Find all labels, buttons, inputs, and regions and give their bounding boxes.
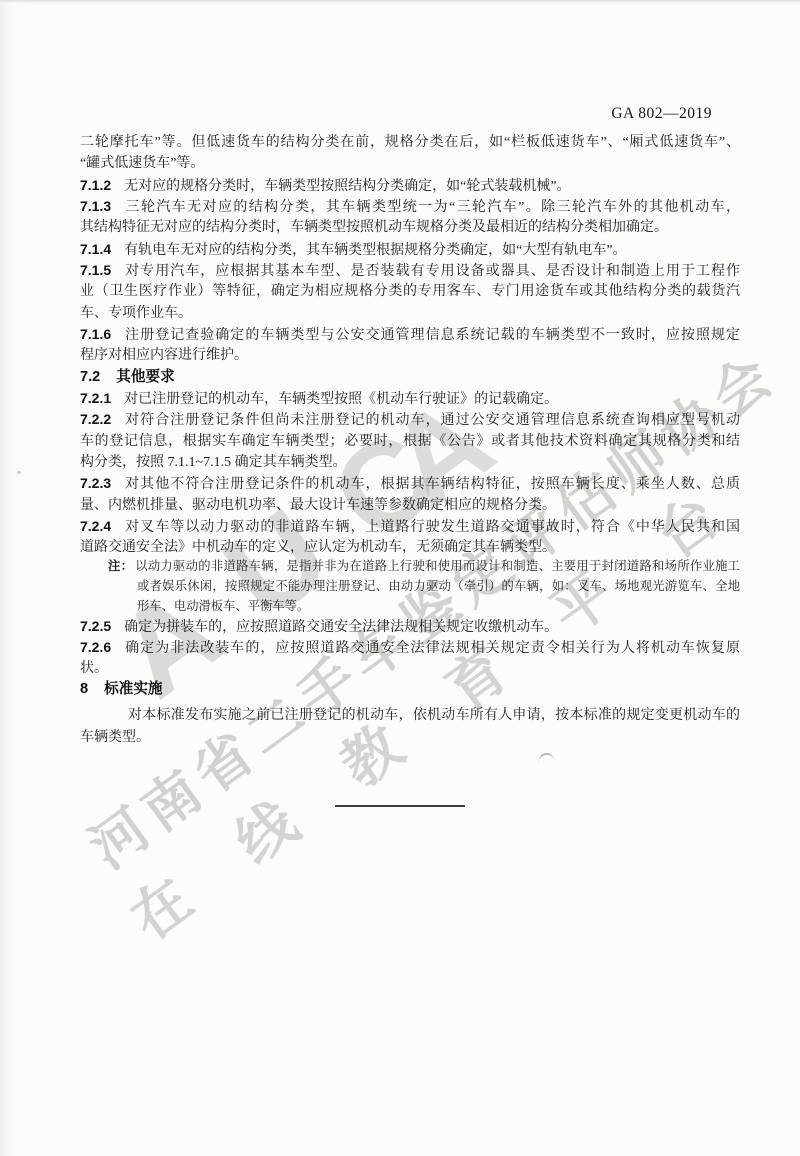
- line-text: 道路交通安全法》中机动车的定义，应认定为机动车，无须确定其车辆类型。: [80, 540, 556, 555]
- text-line: 状。: [80, 659, 740, 678]
- text-line: 7.1.3三轮汽车无对应的结构分类，其车辆类型统一为“三轮汽车”。除三轮汽车外的…: [80, 197, 740, 217]
- section-heading: 8标准实施: [80, 680, 740, 699]
- text-line: 7.2.2对符合注册登记条件但尚未注册登记的机动车，通过公安交通管理信息系统查询…: [80, 410, 740, 430]
- line-text: 对符合注册登记条件但尚未注册登记的机动车，通过公安交通管理信息系统查询相应型号机…: [124, 413, 740, 428]
- clause-number: 7.2.5: [80, 618, 111, 634]
- text-line: 7.2.1对已注册登记的机动车，车辆类型按照《机动车行驶证》的记载确定。: [80, 389, 740, 409]
- line-text: “罐式低速货车”等。: [80, 156, 204, 171]
- clause-number: 7.1.4: [80, 241, 111, 257]
- line-text: 构分类，按照 7.1.1~7.1.5 确定其车辆类型。: [80, 455, 347, 470]
- text-line: “罐式低速货车”等。: [80, 154, 740, 173]
- document-page: 河南省二手车鉴定评估师协会 在线教育平台 AUC A GA 802—2019 二…: [0, 0, 800, 1156]
- text-line: 程序对相应内容进行维护。: [80, 346, 740, 365]
- text-line: 7.2.6确定为非法改装车的，应按照道路交通安全法律法规相关规定责令相关行为人将…: [80, 638, 740, 658]
- text-line: 7.1.4有轨电车无对应的结构分类，其车辆类型根据规格分类确定，如“大型有轨电车…: [80, 240, 740, 260]
- clause-number: 7.2.6: [80, 639, 111, 655]
- clause-number: 7.1.5: [80, 262, 111, 278]
- line-text: 对已注册登记的机动车，车辆类型按照《机动车行驶证》的记载确定。: [124, 392, 558, 407]
- clause-number: 注：: [108, 559, 133, 573]
- text-line: 车的登记信息，根据实车确定车辆类型；必要时，根据《公告》或者其他技术资料确定其规…: [80, 432, 740, 451]
- text-line: 7.2.5确定为拼装车的，应按照道路交通安全法律法规相关规定收缴机动车。: [80, 617, 740, 637]
- text-line: 7.1.5对专用汽车，应根据其基本车型、是否装载有专用设备或器具、是否设计和制造…: [80, 261, 740, 281]
- clause-number: 8: [80, 681, 88, 697]
- line-text: 无对应的规格分类时，车辆类型按照结构分类确定，如“轮式装载机械”。: [124, 179, 570, 194]
- clause-number: 7.1.3: [80, 198, 111, 214]
- text-line: 对本标准发布实施之前已注册登记的机动车，依机动车所有人申请，按本标准的规定变更机…: [128, 706, 740, 725]
- text-line: 7.1.2无对应的规格分类时，车辆类型按照结构分类确定，如“轮式装载机械”。: [80, 176, 740, 196]
- line-text: 有轨电车无对应的结构分类，其车辆类型根据规格分类确定，如“大型有轨电车”。: [124, 243, 626, 258]
- text-line: 7.2.3对其他不符合注册登记条件的机动车，根据其车辆结构特征，按照车辆长度、乘…: [80, 474, 740, 494]
- clause-number: 7.2.2: [80, 411, 111, 427]
- clause-number: 7.1.2: [80, 177, 111, 193]
- line-text: 车、专项作业车。: [80, 306, 192, 321]
- line-text: 对专用汽车，应根据其基本车型、是否装载有专用设备或器具、是否设计和制造上用于工程…: [124, 264, 740, 279]
- line-text: 车的登记信息，根据实车确定车辆类型；必要时，根据《公告》或者其他技术资料确定其规…: [80, 434, 740, 449]
- text-line: 7.1.6注册登记查验确定的车辆类型与公安交通管理信息系统记载的车辆类型不一致时…: [80, 325, 740, 345]
- text-line: 其结构特征无对应的结构分类时，车辆类型按照机动车规格分类及最相近的结构分类相加确…: [80, 218, 740, 237]
- section-heading: 7.2其他要求: [80, 368, 740, 387]
- line-text: 三轮汽车无对应的结构分类，其车辆类型统一为“三轮汽车”。除三轮汽车外的其他机动车…: [124, 200, 740, 215]
- text-line: 二轮摩托车”等。但低速货车的结构分类在前，规格分类在后，如“栏板低速货车”、“厢…: [80, 133, 740, 152]
- line-text: 状。: [80, 661, 108, 676]
- text-line: 车、专项作业车。: [80, 304, 740, 323]
- text-line: 业（卫生医疗作业）等特征，确定为相应规格分类的专用客车、专门用途货车或其他结构分…: [80, 282, 740, 301]
- line-text: 或者娱乐休闲，按照规定不能办理注册登记、由动力驱动（牵引）的车辆，如：叉车、场地…: [137, 579, 740, 593]
- line-text: 业（卫生医疗作业）等特征，确定为相应规格分类的专用客车、专门用途货车或其他结构分…: [80, 284, 740, 299]
- text-line: 构分类，按照 7.1.1~7.1.5 确定其车辆类型。: [80, 453, 740, 472]
- clause-number: 7.2.4: [80, 518, 111, 534]
- text-line: 形车、电动滑板车、平衡车等。: [137, 597, 740, 616]
- line-text: 确定为拼装车的，应按照道路交通安全法律法规相关规定收缴机动车。: [124, 620, 558, 635]
- line-text: 其他要求: [116, 369, 174, 385]
- line-text: 对本标准发布实施之前已注册登记的机动车，依机动车所有人申请，按本标准的规定变更机…: [128, 708, 740, 723]
- text-line: 车辆类型。: [80, 728, 740, 747]
- line-text: 量、内燃机排量、驱动电机功率、最大设计车速等参数确定相应的规格分类。: [80, 498, 556, 513]
- line-text: 对其他不符合注册登记条件的机动车，根据其车辆结构特征，按照车辆长度、乘坐人数、总…: [124, 477, 740, 492]
- line-text: 程序对相应内容进行维护。: [80, 348, 248, 363]
- end-of-text-rule: [335, 805, 465, 807]
- line-text: 标准实施: [104, 681, 162, 697]
- text-line: 道路交通安全法》中机动车的定义，应认定为机动车，无须确定其车辆类型。: [80, 538, 740, 557]
- line-text: 其结构特征无对应的结构分类时，车辆类型按照机动车规格分类及最相近的结构分类相加确…: [80, 220, 668, 235]
- line-text: 形车、电动滑板车、平衡车等。: [137, 599, 309, 613]
- line-text: 车辆类型。: [80, 730, 150, 745]
- line-text: 二轮摩托车”等。但低速货车的结构分类在前，规格分类在后，如“栏板低速货车”、“厢…: [80, 135, 740, 150]
- line-text: 确定为非法改装车的，应按照道路交通安全法律法规相关规定责令相关行为人将机动车恢复…: [124, 641, 740, 656]
- clause-number: 7.1.6: [80, 326, 111, 342]
- clause-number: 7.2: [80, 369, 100, 385]
- text-line: 注：以动力驱动的非道路车辆，是指并非为在道路上行驶和使用而设计和制造、主要用于封…: [108, 557, 740, 576]
- line-text: 以动力驱动的非道路车辆，是指并非为在道路上行驶和使用而设计和制造、主要用于封闭道…: [135, 559, 740, 573]
- clause-number: 7.2.1: [80, 390, 111, 406]
- clause-number: 7.2.3: [80, 475, 111, 491]
- line-text: 注册登记查验确定的车辆类型与公安交通管理信息系统记载的车辆类型不一致时，应按照规…: [124, 328, 740, 343]
- text-line: 或者娱乐休闲，按照规定不能办理注册登记、由动力驱动（牵引）的车辆，如：叉车、场地…: [137, 577, 740, 596]
- scan-artifact-dot: [17, 471, 21, 474]
- document-body: 二轮摩托车”等。但低速货车的结构分类在前，规格分类在后，如“栏板低速货车”、“厢…: [0, 0, 800, 1156]
- text-line: 7.2.4对叉车等以动力驱动的非道路车辆，上道路行驶发生道路交通事故时，符合《中…: [80, 517, 740, 537]
- line-text: 对叉车等以动力驱动的非道路车辆，上道路行驶发生道路交通事故时，符合《中华人民共和…: [124, 520, 740, 535]
- text-line: 量、内燃机排量、驱动电机功率、最大设计车速等参数确定相应的规格分类。: [80, 496, 740, 515]
